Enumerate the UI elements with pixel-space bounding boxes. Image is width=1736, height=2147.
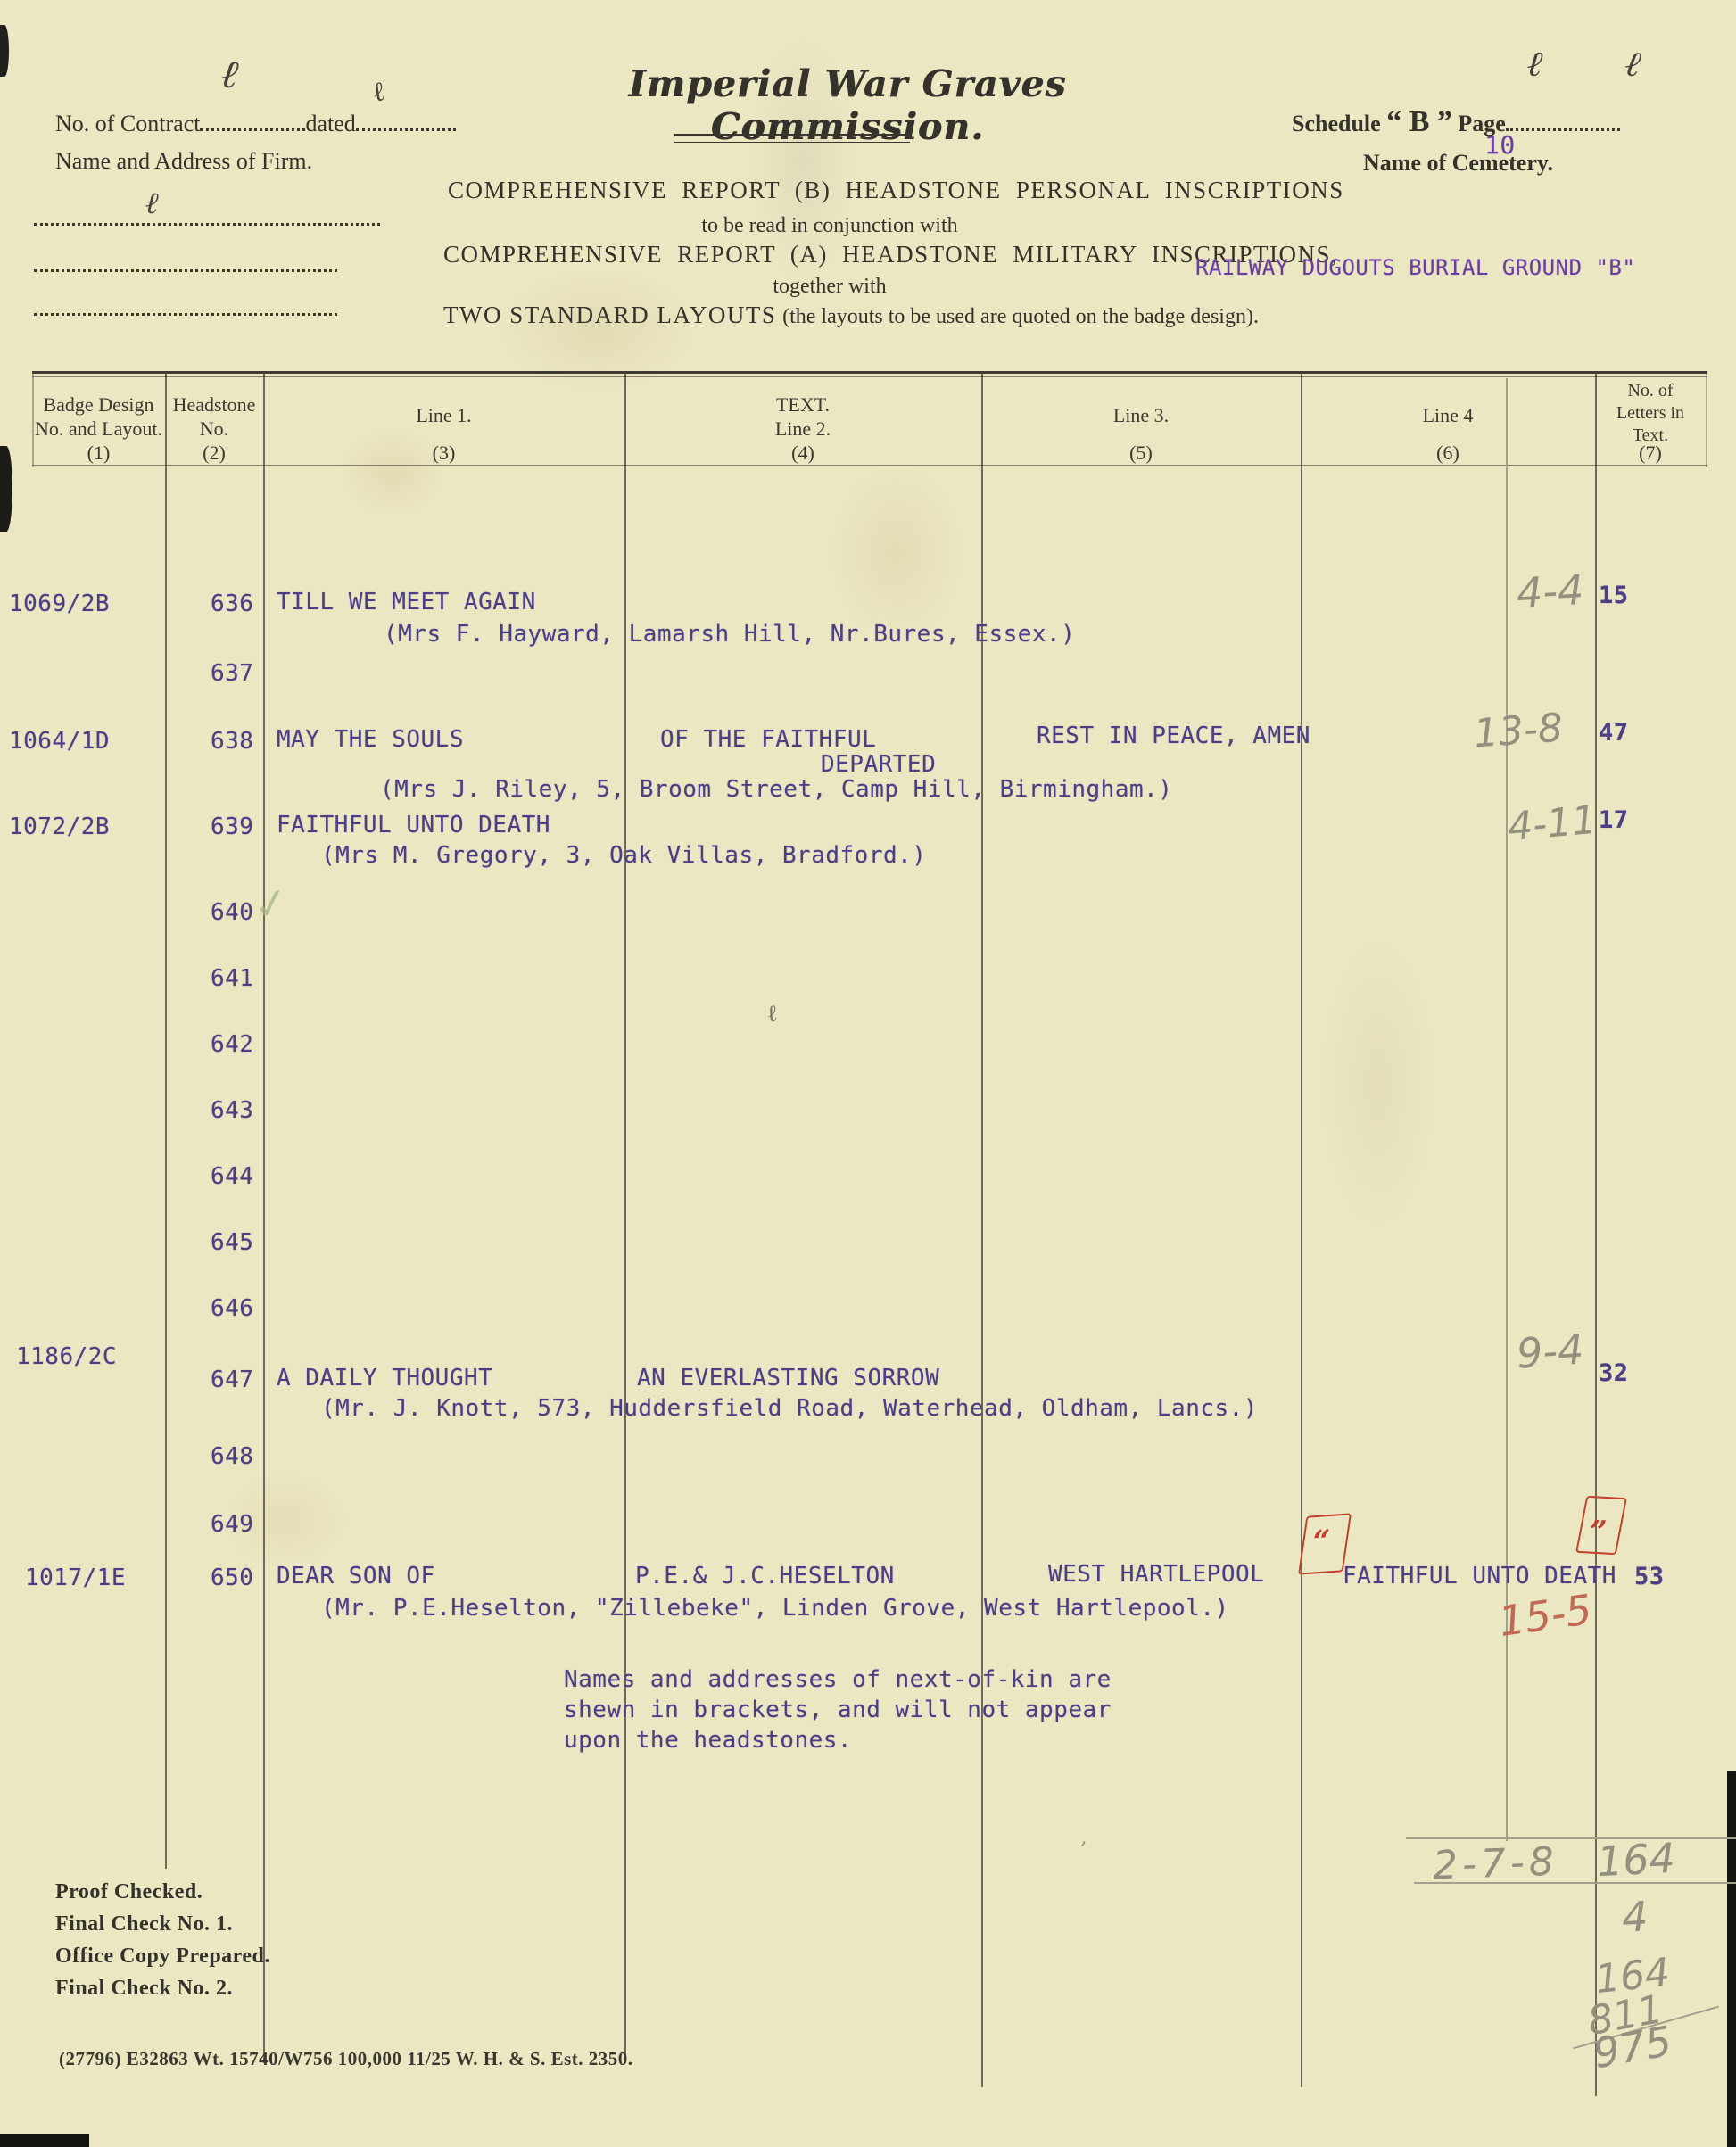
- pencil-speck-mark: ʼ: [1079, 1839, 1086, 1862]
- next-of-kin: (Mr. P.E.Heselton, "Zillebeke", Linden G…: [321, 1595, 1229, 1622]
- scan-artifact: [0, 2134, 89, 2147]
- headstone-no: 636: [211, 590, 253, 617]
- open-quote-glyph: “: [1310, 1532, 1331, 1551]
- letter-count: 53: [1634, 1563, 1665, 1590]
- badge-design-no: 1064/1D: [9, 728, 110, 755]
- headstone-no: 647: [211, 1367, 253, 1393]
- headstone-no: 649: [211, 1511, 253, 1538]
- letter-count: 32: [1599, 1359, 1629, 1387]
- table-top-rule-2: [32, 376, 1707, 377]
- ink-squiggle-mark: ℓ: [765, 1000, 780, 1028]
- scanned-form-page: No. of Contractdated Name and Address of…: [0, 0, 1736, 2147]
- dated-dotted-blank: [356, 105, 456, 131]
- report-b-heading: COMPREHENSIVE REPORT (B) HEADSTONE PERSO…: [448, 177, 1344, 204]
- headstone-no: 650: [211, 1565, 253, 1591]
- headstone-no: 642: [211, 1031, 253, 1058]
- ink-squiggle-mark: ℓ: [145, 186, 160, 222]
- page-dotted-blank: [1506, 105, 1620, 131]
- paper-stain: [500, 268, 696, 392]
- two-layouts-label: TWO STANDARD LAYOUTS: [443, 301, 776, 328]
- column-divider: [263, 372, 265, 2063]
- inscription-line2-cont: DEPARTED: [821, 751, 936, 778]
- red-count-note: 15-5: [1496, 1585, 1595, 1646]
- cemetery-label: Name of Cemetery.: [1363, 150, 1553, 177]
- table-border-right: [1706, 372, 1707, 467]
- inscription-line1: A DAILY THOUGHT: [277, 1365, 492, 1391]
- badge-design-no: 1072/2B: [9, 813, 110, 840]
- pencil-tally-rule: [1414, 1882, 1736, 1884]
- layouts-note: (the layouts to be used are quoted on th…: [782, 305, 1259, 328]
- headstone-no: 643: [211, 1097, 253, 1124]
- col-number-1: (1): [32, 441, 165, 465]
- headstone-no: 640: [211, 899, 253, 926]
- pencil-count-note: 13-8: [1472, 706, 1564, 757]
- badge-design-no: 1186/2C: [16, 1343, 117, 1370]
- inscription-line3: REST IN PEACE, AMEN: [1037, 723, 1310, 749]
- inscription-line1: FAITHFUL UNTO DEATH: [277, 812, 550, 838]
- inscription-line4: FAITHFUL UNTO DEATH: [1343, 1563, 1616, 1590]
- col-number-3: (3): [263, 441, 624, 465]
- proof-checked-label: Proof Checked.: [55, 1880, 203, 1904]
- inscription-line3: WEST HARTLEPOOL: [1048, 1561, 1264, 1588]
- letter-count: 47: [1599, 719, 1629, 747]
- inscription-line2: P.E.& J.C.HESELTON: [635, 1563, 895, 1590]
- pencil-count-note: 4-4: [1516, 566, 1585, 617]
- pencil-tally-rule: [1406, 1837, 1736, 1839]
- contract-dotted-blank: [200, 105, 305, 131]
- col-header-line1: Line 1.: [263, 403, 624, 427]
- headstone-no: 645: [211, 1229, 253, 1256]
- scan-artifact: [0, 446, 12, 532]
- badge-design-no: 1069/2B: [9, 590, 110, 617]
- final-check-2-label: Final Check No. 2.: [55, 1977, 233, 2001]
- ink-squiggle-mark: ℓ: [368, 76, 389, 109]
- headstone-no: 646: [211, 1295, 253, 1322]
- ink-squiggle-mark: ℓ: [219, 51, 241, 98]
- col-header-badge-design: Badge Design No. and Layout.: [32, 392, 165, 441]
- cemetery-name-stamp: RAILWAY DUGOUTS BURIAL GROUND "B": [1195, 255, 1635, 280]
- pencil-count-note: 4-11: [1506, 797, 1599, 851]
- column-divider: [1301, 372, 1302, 2087]
- firm-label: Name and Address of Firm.: [55, 148, 312, 175]
- headstone-no: 637: [211, 660, 253, 687]
- inscription-line2: AN EVERLASTING SORROW: [637, 1365, 939, 1391]
- paper-stain: [830, 464, 963, 642]
- letter-count: 17: [1599, 806, 1629, 834]
- col-number-2: (2): [165, 441, 263, 465]
- address-blank-line: [34, 221, 380, 226]
- column-divider: [165, 372, 167, 1869]
- inscription-line1: DEAR SON OF: [277, 1563, 435, 1590]
- col-number-6: (6): [1301, 441, 1595, 465]
- ink-squiggle-mark: ℓ: [1525, 42, 1544, 85]
- next-of-kin: (Mr. J. Knott, 573, Huddersfield Road, W…: [321, 1395, 1258, 1422]
- layouts-line: TWO STANDARD LAYOUTS (the layouts to be …: [443, 301, 1259, 329]
- headstone-no: 648: [211, 1443, 253, 1470]
- table-top-rule: [32, 371, 1707, 374]
- schedule-label: Schedule: [1292, 111, 1381, 136]
- office-copy-label: Office Copy Prepared.: [55, 1945, 270, 1969]
- headstone-no: 641: [211, 965, 253, 992]
- next-of-kin-note: Names and addresses of next-of-kin are s…: [564, 1664, 1112, 1755]
- col-header-headstone-no: Headstone No.: [165, 392, 263, 441]
- scan-artifact: [1727, 1771, 1736, 2147]
- scan-artifact: [0, 25, 9, 77]
- col-header-line3: Line 3.: [981, 403, 1301, 427]
- pencil-check-mark: ✓: [249, 877, 293, 932]
- printer-imprint: (27796) E32863 Wt. 15740/W756 100,000 11…: [59, 2048, 633, 2070]
- inscription-line2: OF THE FAITHFUL: [660, 726, 876, 753]
- read-with-line: to be read in conjunction with: [669, 214, 990, 238]
- next-of-kin: (Mrs J. Riley, 5, Broom Street, Camp Hil…: [380, 776, 1172, 803]
- badge-design-no: 1017/1E: [25, 1565, 126, 1591]
- inscription-line1: MAY THE SOULS: [277, 726, 464, 753]
- col-header-line4: Line 4: [1301, 403, 1595, 427]
- red-close-quote-mark: ”: [1575, 1496, 1627, 1555]
- next-of-kin: (Mrs F. Hayward, Lamarsh Hill, Nr.Bures,…: [384, 621, 1075, 648]
- col-header-letter-count: No. of Letters in Text.: [1595, 380, 1706, 447]
- headstone-no: 638: [211, 728, 253, 755]
- letter-count: 15: [1599, 582, 1629, 609]
- schedule-letter: “ B ”: [1386, 105, 1452, 138]
- inscription-line1: TILL WE MEET AGAIN: [277, 589, 536, 615]
- address-blank-line: [34, 268, 337, 272]
- pencil-tally-right: 164: [1596, 1834, 1677, 1887]
- ink-squiggle-mark: ℓ: [1622, 42, 1644, 86]
- address-blank-line: [34, 311, 337, 316]
- col-number-7: (7): [1595, 441, 1706, 465]
- pencil-multiplier: 4: [1621, 1892, 1649, 1941]
- schedule-line: Schedule “ B ” Page: [1292, 105, 1620, 139]
- close-quote-glyph: ”: [1587, 1523, 1608, 1541]
- col-header-text-line2: TEXT. Line 2.: [624, 392, 981, 441]
- final-check-1-label: Final Check No. 1.: [55, 1912, 233, 1936]
- header-bottom-rule: [32, 465, 1707, 466]
- contract-line: No. of Contractdated: [55, 105, 456, 137]
- title-rule: [674, 134, 910, 143]
- col-number-4: (4): [624, 441, 981, 465]
- dated-label: dated: [305, 111, 355, 136]
- pencil-count-note: 9-4: [1515, 1325, 1585, 1377]
- headstone-no: 644: [211, 1163, 253, 1190]
- contract-label: No. of Contract: [55, 111, 200, 136]
- paper-stain: [1320, 937, 1436, 1231]
- headstone-no: 639: [211, 813, 253, 840]
- col-number-5: (5): [981, 441, 1301, 465]
- together-with-line: together with: [732, 275, 928, 299]
- next-of-kin: (Mrs M. Gregory, 3, Oak Villas, Bradford…: [321, 842, 926, 869]
